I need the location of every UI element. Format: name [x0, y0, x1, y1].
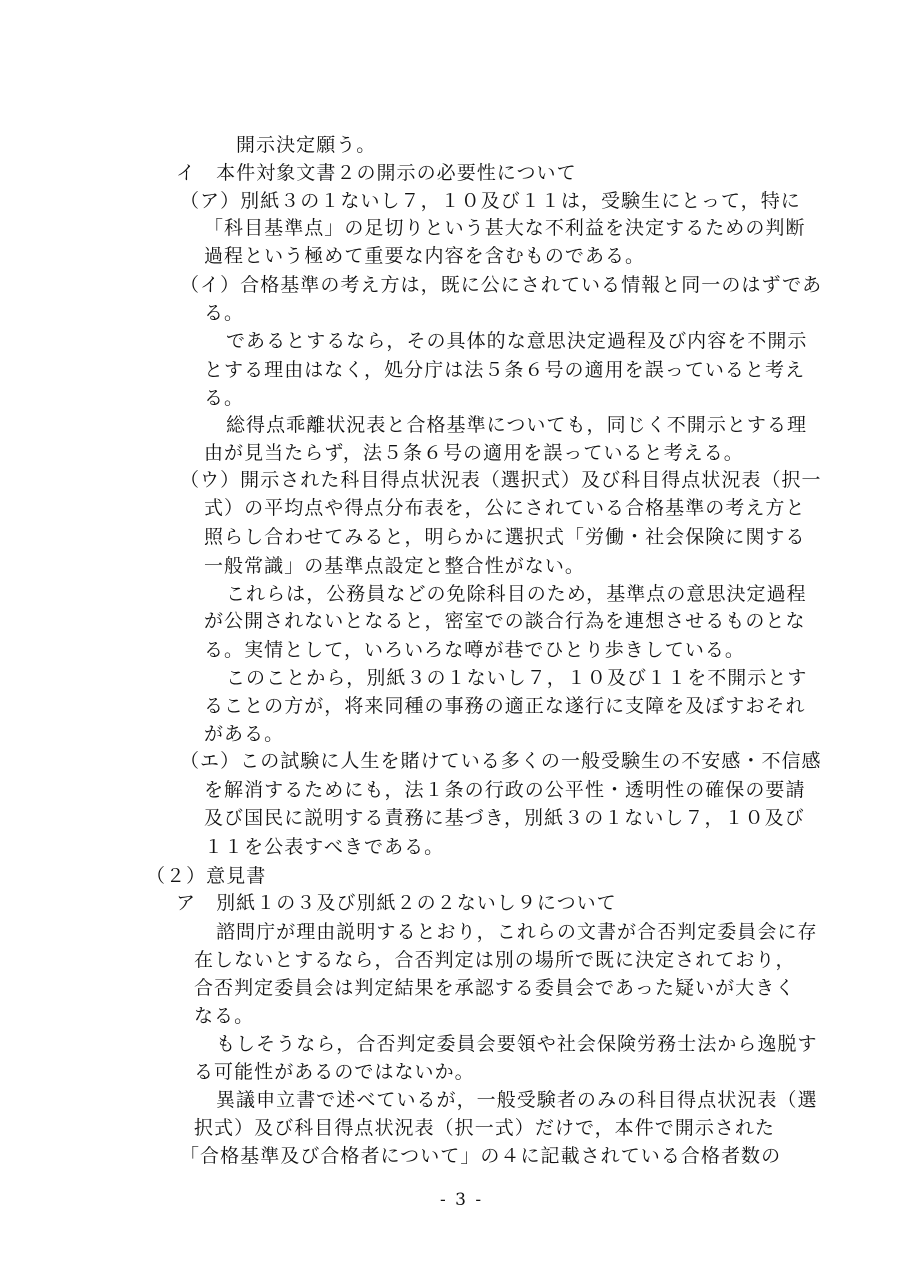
item-b-para-3-line-2: 由が見当たらず，法５条６号の適用を誤っていると考える。	[204, 441, 744, 465]
page-number: - 3 -	[440, 1190, 483, 1210]
section-heading-i: イ 本件対象文書２の開示の必要性について	[176, 161, 577, 185]
subsection-a-para-1-line-4: なる。	[194, 1004, 254, 1028]
subsection-a-para-1-line-1: 諮問庁が理由説明するとおり，これらの文書が合否判定委員会に存	[216, 920, 818, 944]
subsection-a-para-2-line-1: もしそうなら，合否判定委員会要領や社会保険労務士法から逸脱す	[216, 1032, 818, 1056]
item-c-line-4: 一般常識」の基準点設定と整合性がない。	[204, 554, 585, 578]
item-a-line-2: 「科目基準点」の足切りという甚大な不利益を決定するための判断	[204, 216, 806, 240]
item-c-line-3: 照らし合わせてみると，明らかに選択式「労働・社会保険に関する	[204, 525, 806, 549]
item-c-para-2-line-2: が公開されないとなると，密室での談合行為を連想させるものとな	[204, 609, 806, 633]
item-b-line-1: （イ）合格基準の考え方は，既に公にされている情報と同一のはずであ	[180, 273, 822, 297]
document-page: 開示決定願う。 イ 本件対象文書２の開示の必要性について （ア）別紙３の１ないし…	[0, 0, 905, 1280]
item-d-line-4: １１を公表すべきである。	[204, 835, 444, 859]
item-d-line-3: 及び国民に説明する責務に基づき，別紙３の１ないし７，１０及び	[204, 806, 805, 830]
item-d-line-2: を解消するためにも，法１条の行政の公平性・透明性の確保の要請	[204, 778, 806, 802]
subsection-a-para-2-line-2: る可能性があるのではないか。	[194, 1060, 475, 1084]
subsection-a-para-3-line-1: 異議申立書で述べているが，一般受験者のみの科目得点状況表（選	[216, 1088, 818, 1112]
subsection-heading-a: ア 別紙１の３及び別紙２の２ないし９について	[176, 891, 617, 915]
item-c-para-2-line-3: る。実情として，いろいろな噂が巷でひとり歩きしている。	[204, 638, 745, 662]
subsection-a-para-1-line-3: 合否判定委員会は判定結果を承認する委員会であった疑いが大きく	[194, 976, 795, 1000]
item-c-para-3-line-1: このことから，別紙３の１ないし７，１０及び１１を不開示とす	[226, 666, 807, 690]
text-line-closing-request: 開示決定願う。	[236, 133, 376, 157]
section-heading-2-opinion: （２）意見書	[146, 864, 266, 888]
item-c-para-3-line-3: がある。	[204, 722, 284, 746]
item-c-line-2: 式）の平均点や得点分布表を，公にされている合格基準の考え方と	[204, 496, 806, 520]
item-b-line-2: る。	[204, 301, 244, 325]
subsection-a-para-3-line-2: 択式）及び科目得点状況表（択一式）だけで，本件で開示された	[194, 1116, 775, 1140]
item-b-para-2-line-2: とする理由はなく，処分庁は法５条６号の適用を誤っていると考え	[204, 358, 805, 382]
item-b-para-2-line-1: であるとするなら，その具体的な意思決定過程及び内容を不開示	[226, 329, 807, 353]
item-c-line-1: （ウ）開示された科目得点状況表（選択式）及び科目得点状況表（択一	[180, 468, 822, 492]
subsection-a-para-3-line-3: 「合格基準及び合格者について」の４に記載されている合格者数の	[180, 1144, 781, 1168]
item-c-para-2-line-1: これらは，公務員などの免除科目のため，基準点の意思決定過程	[226, 582, 807, 606]
item-d-line-1: （エ）この試験に人生を賭けている多くの一般受験生の不安感・不信感	[180, 749, 822, 773]
item-c-para-3-line-2: ることの方が，将来同種の事務の適正な遂行に支障を及ぼすおそれ	[204, 694, 806, 718]
item-a-line-1: （ア）別紙３の１ないし７，１０及び１１は，受験生にとって，特に	[180, 189, 801, 213]
item-a-line-3: 過程という極めて重要な内容を含むものである。	[204, 244, 645, 268]
subsection-a-para-1-line-2: 在しないとするなら，合否判定は別の場所で既に決定されており，	[194, 948, 796, 972]
item-b-para-3-line-1: 総得点乖離状況表と合格基準についても，同じく不開示とする理	[226, 413, 807, 437]
item-b-para-2-line-3: る。	[204, 386, 244, 410]
